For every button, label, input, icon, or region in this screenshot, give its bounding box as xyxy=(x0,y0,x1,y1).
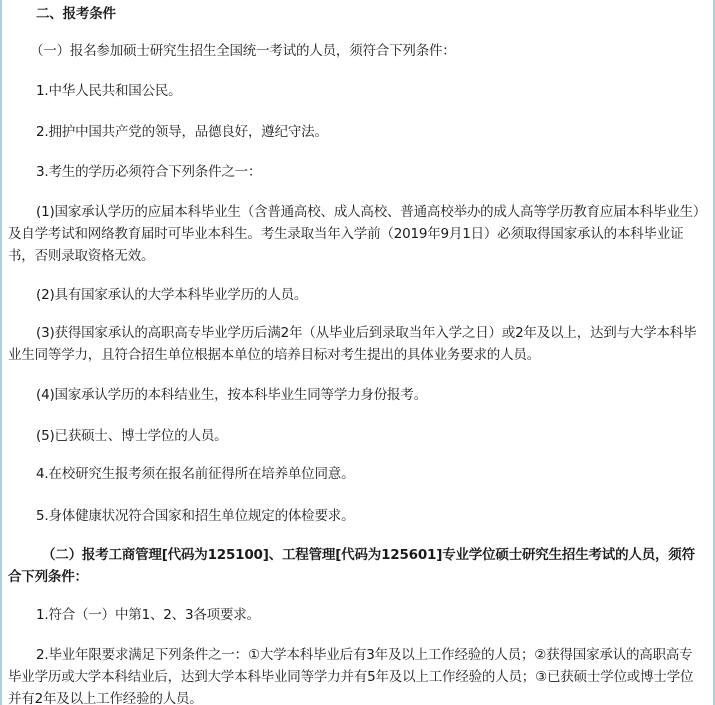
part2-item-2: 2.毕业年限要求满足下列条件之一：①大学本科毕业后有3年及以上工作经验的人员；②… xyxy=(8,644,704,705)
requirement-item-5: 5.身体健康状况符合国家和招生单位规定的体检要求。 xyxy=(8,505,704,527)
part2-heading: （二）报考工商管理[代码为125100]、工程管理[代码为125601]专业学位… xyxy=(8,544,704,588)
education-sub-item-3: (3)获得国家承认的高职高专毕业学历后满2年（从毕业后到录取当年入学之日）或2年… xyxy=(8,322,704,366)
part1-heading: （一）报名参加硕士研究生招生全国统一考试的人员，须符合下列条件： xyxy=(8,40,704,62)
education-sub-item-5: (5)已获硕士、博士学位的人员。 xyxy=(8,425,704,447)
requirement-item-3: 3.考生的学历必须符合下列条件之一： xyxy=(8,161,704,183)
requirement-item-2: 2.拥护中国共产党的领导，品德良好，遵纪守法。 xyxy=(8,121,704,143)
part2-item-1: 1.符合（一）中第1、2、3各项要求。 xyxy=(8,604,704,626)
education-sub-item-4: (4)国家承认学历的本科结业生，按本科毕业生同等学力身份报考。 xyxy=(8,384,704,406)
education-sub-item-1: (1)国家承认学历的应届本科毕业生（含普通高校、成人高校、普通高校举办的成人高等… xyxy=(8,201,704,267)
requirement-item-1: 1.中华人民共和国公民。 xyxy=(8,80,704,102)
section-heading: 二、报考条件 xyxy=(8,3,704,25)
education-sub-item-2: (2)具有国家承认的大学本科毕业学历的人员。 xyxy=(8,284,704,306)
requirement-item-4: 4.在校研究生报考须在报名前征得所在培养单位同意。 xyxy=(8,463,704,485)
